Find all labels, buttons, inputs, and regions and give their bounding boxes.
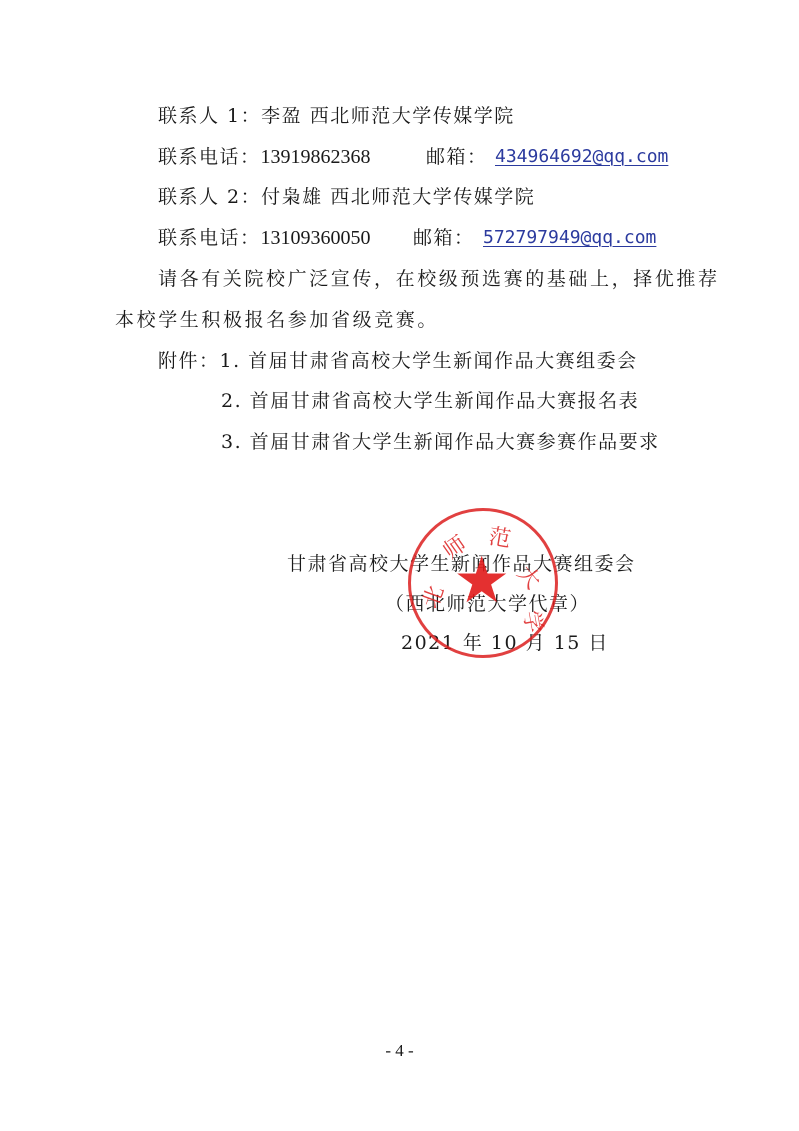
- signature-proxy-seal: （西北师范大学代章）: [385, 592, 590, 616]
- contact-2-phone-line: 联系电话：13109360050 邮箱： 572797949@qq.com: [158, 226, 371, 250]
- contact-1-phone-line: 联系电话：13919862368 邮箱： 434964692@qq.com: [158, 145, 371, 169]
- body-paragraph-line-2: 本校学生积极报名参加省级竞赛。: [115, 308, 439, 332]
- contact-2-email-link[interactable]: 572797949@qq.com: [483, 226, 656, 250]
- contact-2-name: 付枭雄: [261, 186, 323, 208]
- contact-2-line: 联系人 2：付枭雄 西北师范大学传媒学院: [158, 185, 535, 209]
- seal-char: 范: [486, 519, 513, 553]
- page-number: - 4 -: [0, 1041, 799, 1061]
- contact-1-phone: 13919862368: [261, 146, 371, 168]
- contact-1-email-link[interactable]: 434964692@qq.com: [495, 145, 668, 169]
- attachment-item-1: 1. 首届甘肃省高校大学生新闻作品大赛组委会: [220, 350, 638, 372]
- signature-date: 2021 年 10 月 15 日: [401, 631, 609, 655]
- contact-1-email-label: 邮箱：: [426, 145, 488, 169]
- attachments-line-1: 附件：1. 首届甘肃省高校大学生新闻作品大赛组委会: [158, 349, 638, 373]
- body-paragraph-line-1: 请各有关院校广泛宣传，在校级预选赛的基础上，择优推荐: [158, 267, 720, 291]
- contact-2-label: 联系人 2：: [158, 186, 261, 208]
- attachments-label: 附件：: [158, 350, 220, 372]
- contact-1-unit: 西北师范大学传媒学院: [310, 105, 515, 127]
- signature-organization: 甘肃省高校大学生新闻作品大赛组委会: [287, 552, 636, 576]
- contact-2-phone: 13109360050: [261, 227, 371, 249]
- contact-1-phone-label: 联系电话：: [158, 146, 261, 168]
- contact-1-name: 李盈: [261, 105, 302, 127]
- attachment-item-3: 3. 首届甘肃省大学生新闻作品大赛参赛作品要求: [221, 430, 660, 454]
- contact-2-unit: 西北师范大学传媒学院: [330, 186, 535, 208]
- contact-1-line: 联系人 1：李盈 西北师范大学传媒学院: [158, 104, 515, 128]
- contact-1-label: 联系人 1：: [158, 105, 261, 127]
- contact-2-email-label: 邮箱：: [413, 226, 475, 250]
- contact-2-phone-label: 联系电话：: [158, 227, 261, 249]
- attachment-item-2: 2. 首届甘肃省高校大学生新闻作品大赛报名表: [221, 389, 639, 413]
